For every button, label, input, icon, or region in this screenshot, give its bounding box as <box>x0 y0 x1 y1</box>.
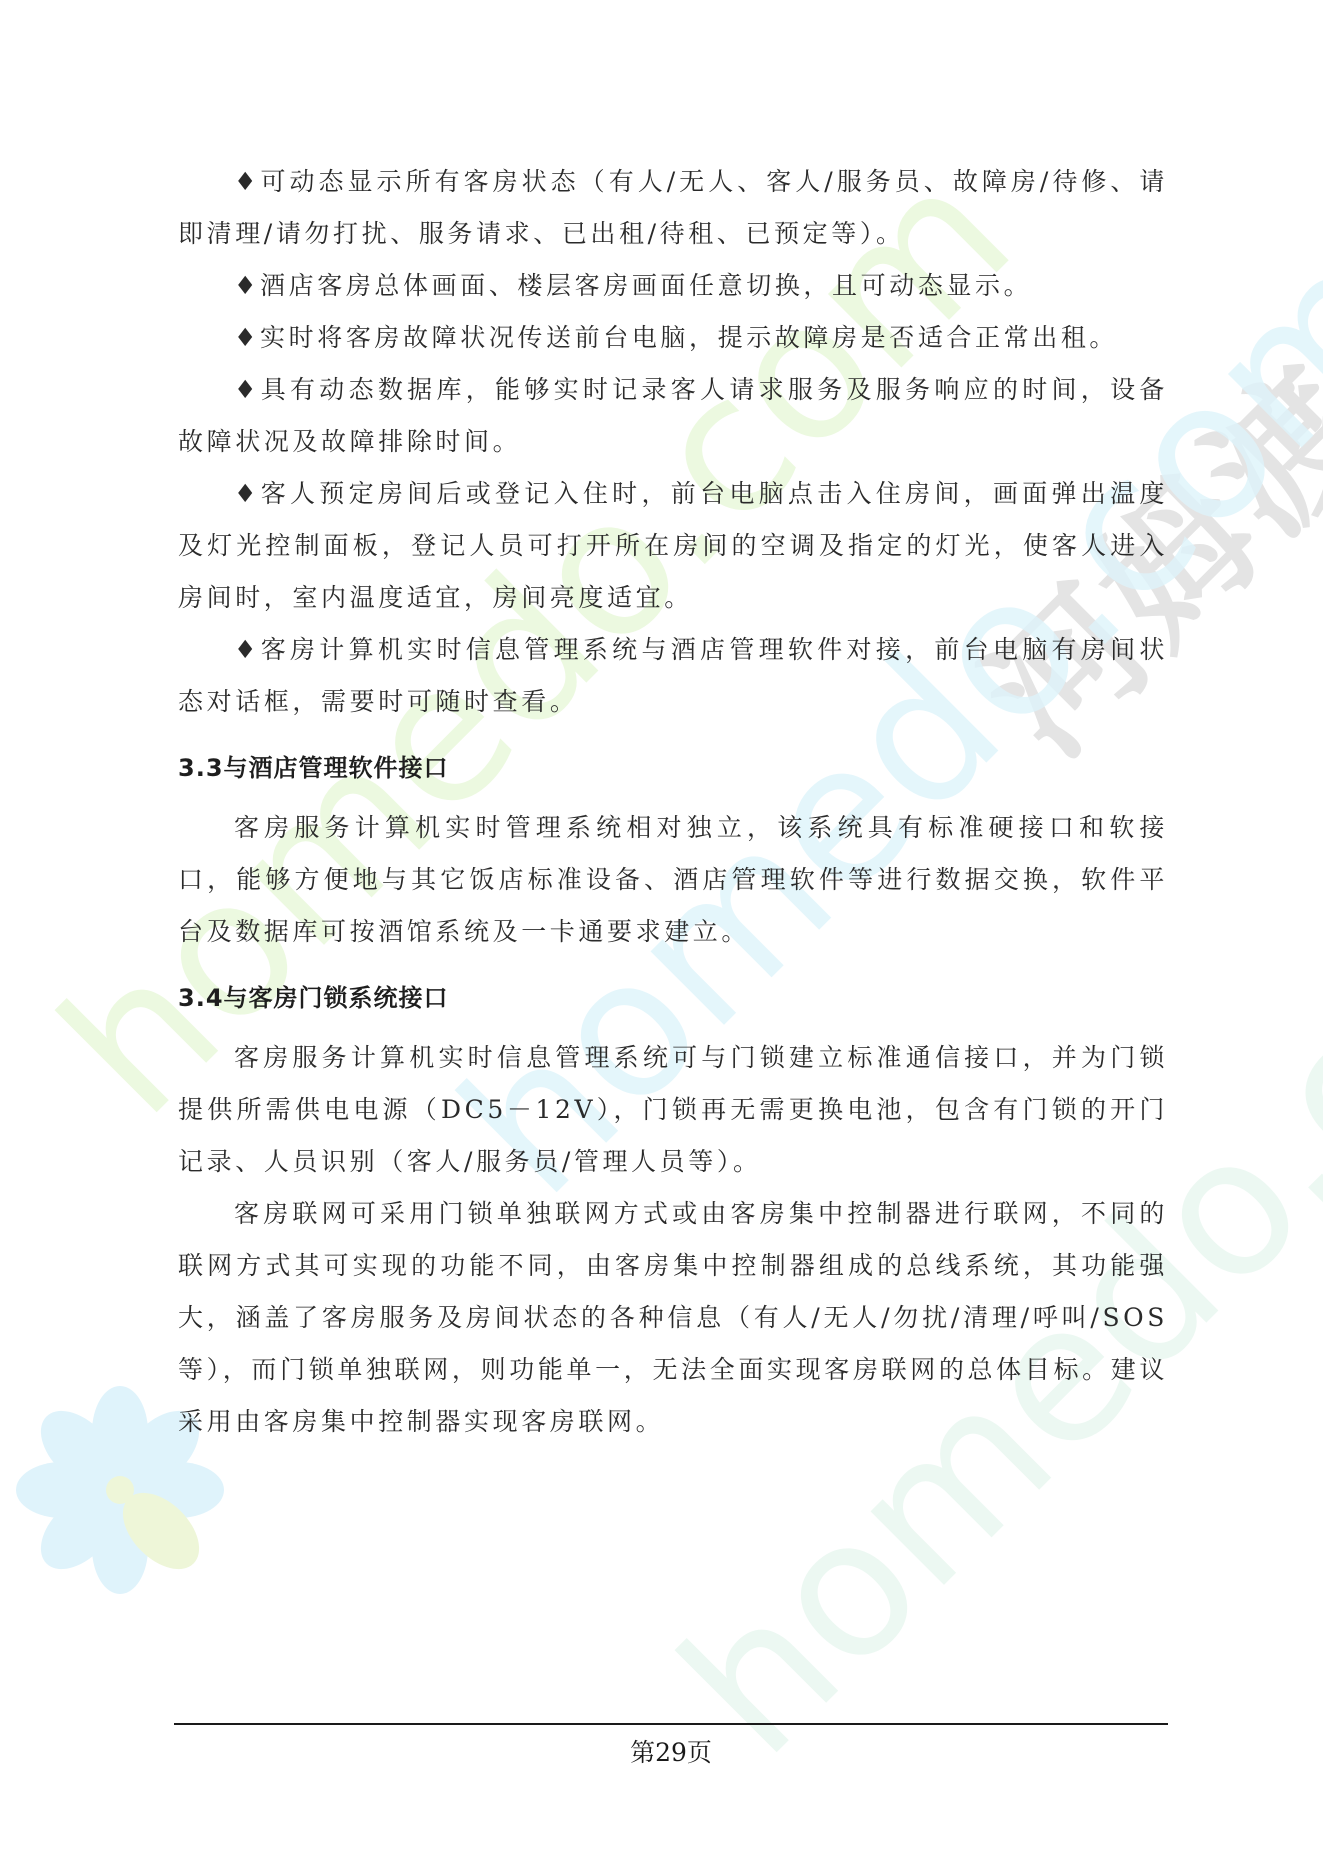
diamond-bullet-icon: ♦ <box>234 375 261 404</box>
diamond-bullet-icon: ♦ <box>234 635 261 664</box>
body-paragraph: 客房服务计算机实时管理系统相对独立，该系统具有标准硬接口和软接口，能够方便地与其… <box>178 802 1168 958</box>
section-heading-3-4: 3.4与客房门锁系统接口 <box>178 970 1168 1026</box>
section-heading-3-3: 3.3与酒店管理软件接口 <box>178 740 1168 796</box>
bullet-item: ♦酒店客房总体画面、楼层客房画面任意切换，且可动态显示。 <box>178 260 1168 312</box>
page-body: ♦可动态显示所有客房状态（有人/无人、客人/服务员、故障房/待修、请即清理/请勿… <box>178 156 1168 1448</box>
body-paragraph: 客房服务计算机实时信息管理系统可与门锁建立标准通信接口，并为门锁提供所需供电电源… <box>178 1032 1168 1188</box>
diamond-bullet-icon: ♦ <box>234 167 260 196</box>
diamond-bullet-icon: ♦ <box>234 323 260 352</box>
footer-divider <box>174 1723 1168 1725</box>
bullet-item: ♦具有动态数据库，能够实时记录客人请求服务及服务响应的时间，设备故障状况及故障排… <box>178 364 1168 468</box>
body-paragraph: 客房联网可采用门锁单独联网方式或由客房集中控制器进行联网，不同的联网方式其可实现… <box>178 1188 1168 1448</box>
bullet-item: ♦可动态显示所有客房状态（有人/无人、客人/服务员、故障房/待修、请即清理/请勿… <box>178 156 1168 260</box>
diamond-bullet-icon: ♦ <box>234 271 260 300</box>
bullet-item: ♦客房计算机实时信息管理系统与酒店管理软件对接，前台电脑有房间状态对话框，需要时… <box>178 624 1168 728</box>
feature-bullet-list: ♦可动态显示所有客房状态（有人/无人、客人/服务员、故障房/待修、请即清理/请勿… <box>178 156 1168 728</box>
diamond-bullet-icon: ♦ <box>234 479 261 508</box>
bullet-item: ♦客人预定房间后或登记入住时，前台电脑点击入住房间，画面弹出温度及灯光控制面板，… <box>178 468 1168 624</box>
bullet-item: ♦实时将客房故障状况传送前台电脑，提示故障房是否适合正常出租。 <box>178 312 1168 364</box>
page-number: 第29页 <box>174 1733 1168 1769</box>
page-footer: 第29页 <box>174 1723 1168 1769</box>
